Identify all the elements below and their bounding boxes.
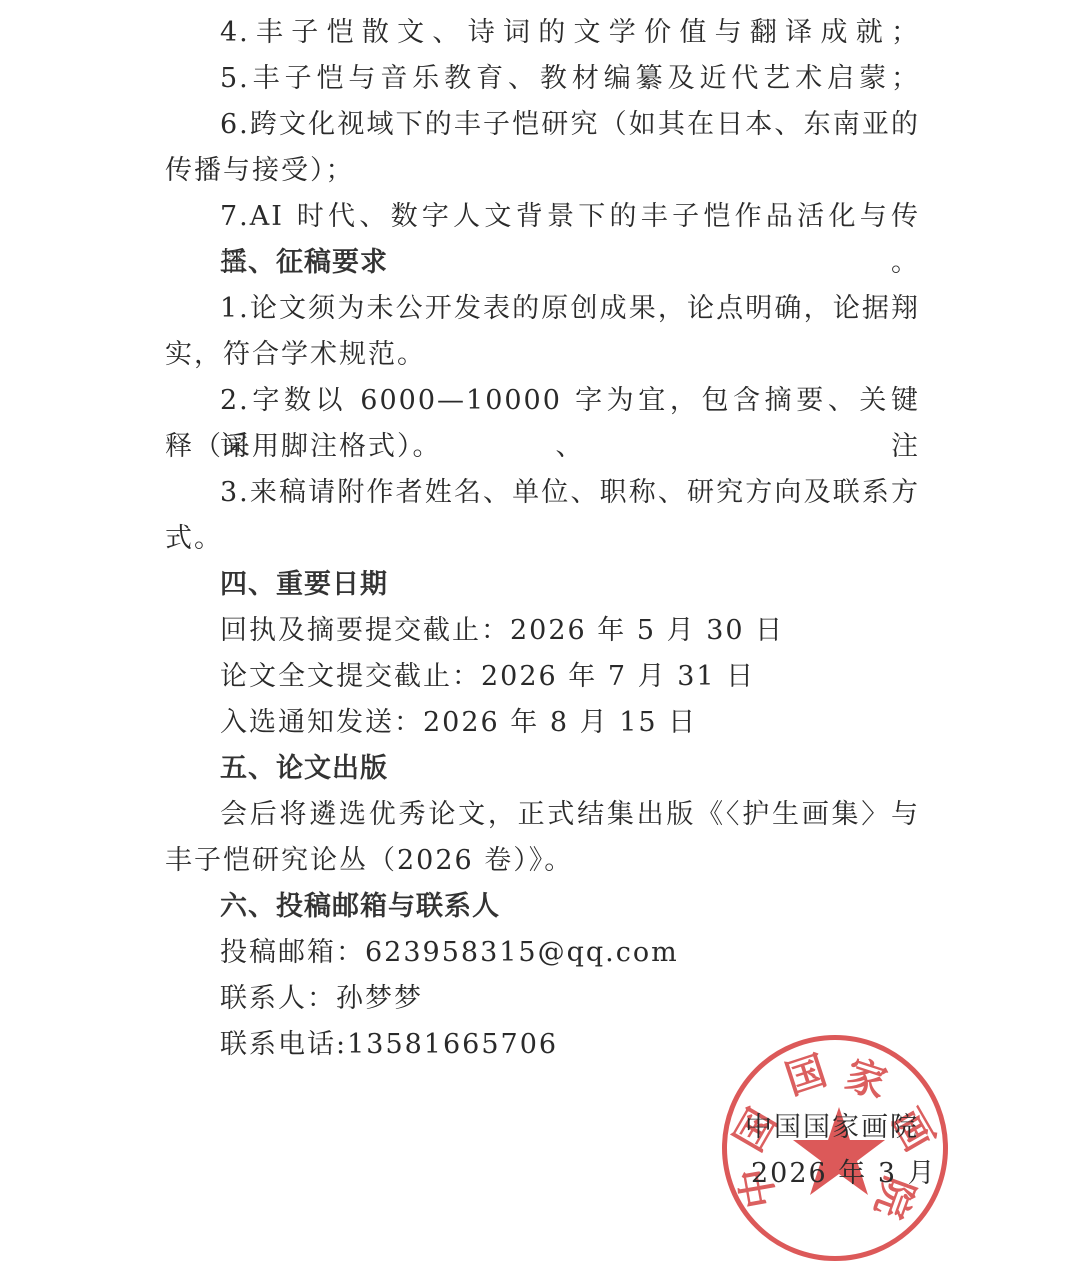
document-page: 4.丰子恺散文、诗词的文学价值与翻译成就； 5.丰子恺与音乐教育、教材编纂及近代…	[165, 10, 920, 1068]
topic-5: 5.丰子恺与音乐教育、教材编纂及近代艺术启蒙；	[165, 56, 920, 102]
signature-block: 中国国家画院 2026 年 3 月	[745, 1105, 937, 1197]
date-fulltext-deadline: 论文全文提交截止：2026 年 7 月 31 日	[165, 654, 920, 700]
publication-line2: 丰子恺研究论丛（2026 卷）》。	[165, 838, 920, 884]
topic-6-line2: 传播与接受）；	[165, 148, 920, 194]
section-4-heading: 四、重要日期	[165, 562, 920, 608]
section-6-heading: 六、投稿邮箱与联系人	[165, 884, 920, 930]
seal-char: 家	[839, 1043, 895, 1110]
seal-char: 国	[777, 1039, 833, 1106]
req-2-line1: 2.字数以 6000—10000 字为宜，包含摘要、关键词、注	[165, 378, 920, 424]
contact-person: 联系人：孙梦梦	[165, 976, 920, 1022]
req-3-line1: 3.来稿请附作者姓名、单位、职称、研究方向及联系方	[165, 470, 920, 516]
submission-email: 投稿邮箱：623958315@qq.com	[165, 930, 920, 976]
signature-org: 中国国家画院	[745, 1105, 937, 1151]
topic-7: 7.AI 时代、数字人文背景下的丰子恺作品活化与传播。	[165, 194, 920, 240]
topic-4: 4.丰子恺散文、诗词的文学价值与翻译成就；	[165, 10, 920, 56]
section-5-heading: 五、论文出版	[165, 746, 920, 792]
topic-6-line1: 6.跨文化视域下的丰子恺研究（如其在日本、东南亚的	[165, 102, 920, 148]
req-1-line1: 1.论文须为未公开发表的原创成果，论点明确，论据翔	[165, 286, 920, 332]
publication-line1: 会后将遴选优秀论文，正式结集出版《〈护生画集〉与	[165, 792, 920, 838]
req-3-line2: 式。	[165, 516, 920, 562]
req-1-line2: 实，符合学术规范。	[165, 332, 920, 378]
signature-date: 2026 年 3 月	[745, 1151, 937, 1197]
date-abstract-deadline: 回执及摘要提交截止：2026 年 5 月 30 日	[165, 608, 920, 654]
date-notification: 入选通知发送：2026 年 8 月 15 日	[165, 700, 920, 746]
